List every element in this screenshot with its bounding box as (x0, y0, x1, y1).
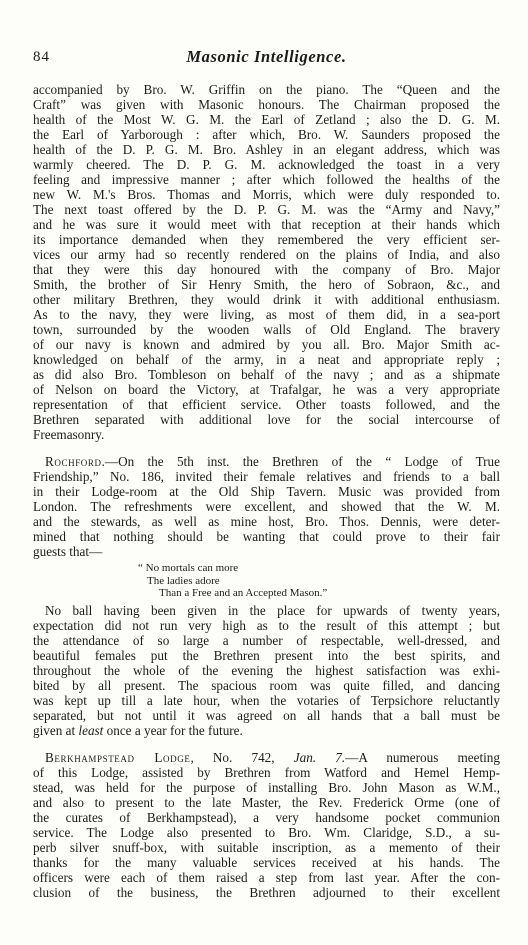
text-line: its importance demanded when they rememb… (33, 232, 500, 247)
page-header: 84 Masonic Intelligence. (33, 47, 500, 69)
text-line: service. The Lodge also presented to Bro… (33, 825, 500, 840)
text-line: new W. M.'s Bros. Thomas and Morris, whi… (33, 187, 500, 202)
text-line: was kept up till a late hour, when the v… (33, 693, 500, 708)
scanned-page: 84 Masonic Intelligence. accompanied by … (0, 0, 528, 945)
text-line: throughout the whole of the evening the … (33, 663, 500, 678)
text-line: Freemasonry. (33, 427, 500, 442)
text-line: of Nelson on board the Victory, at Trafa… (33, 382, 500, 397)
page-body: accompanied by Bro. W. Griffin on the pi… (33, 82, 500, 900)
text-line: “ No mortals can more (138, 562, 500, 575)
text-line: feeling and impressive manner ; after wh… (33, 172, 500, 187)
text-line: thanks for the many valuable services re… (33, 855, 500, 870)
text-line: Friendship,” No. 186, invited their fema… (33, 469, 500, 484)
text-line: the Earl of Yarborough : after which, Br… (33, 127, 500, 142)
text-line: Craft” was given with Masonic honours. T… (33, 97, 500, 112)
text-line: Smith, the brother of Sir Henry Smith, t… (33, 277, 500, 292)
text-line: and the stewards, as well as mine host, … (33, 514, 500, 529)
verse-block: “ No mortals can moreThe ladies adoreTha… (138, 562, 500, 600)
text-line: as did also Bro. Tombleson on behalf of … (33, 367, 500, 382)
text-line: warmly cheered. The D. P. G. M. acknowle… (33, 157, 500, 172)
text-line: No ball having been given in the place f… (33, 603, 500, 618)
paragraph: Berkhampstead Lodge, No. 742, Jan. 7.—A … (33, 750, 500, 900)
text-line: bited by all present. The spacious room … (33, 678, 500, 693)
text-line: The next toast offered by the D. P. G. M… (33, 202, 500, 217)
text-line: expectation did not run very high as to … (33, 618, 500, 633)
text-line: given at least once a year for the futur… (33, 723, 500, 738)
text-line: stead, was held for the purpose of insta… (33, 780, 500, 795)
text-line: perb silver snuff-box, with suitable ins… (33, 840, 500, 855)
text-line: officers were each of them raised a step… (33, 870, 500, 885)
text-line: health of the D. P. G. M. Bro. Ashley in… (33, 142, 500, 157)
text-line: of our navy is known and admired by you … (33, 337, 500, 352)
text-line: Brethren separated with additional love … (33, 412, 500, 427)
text-line: The ladies adore (147, 575, 500, 588)
text-line: mined that nothing should be wanting tha… (33, 529, 500, 544)
text-line: separated, but not until it was agreed o… (33, 708, 500, 723)
text-line: vices our army had so recently rendered … (33, 247, 500, 262)
text-line: and also to present to the late Master, … (33, 795, 500, 810)
text-line: Than a Free and an Accepted Mason.” (159, 587, 500, 600)
running-title: Masonic Intelligence. (33, 47, 500, 67)
text-line: knowledged on behalf of the army, in a n… (33, 352, 500, 367)
text-line: guests that— (33, 544, 500, 559)
text-line: town, surrounded by the wooden walls of … (33, 322, 500, 337)
text-line: Berkhampstead Lodge, No. 742, Jan. 7.—A … (33, 750, 500, 765)
text-line: London. The refreshments were excellent,… (33, 499, 500, 514)
text-line: As to the navy, they were living, as mos… (33, 307, 500, 322)
paragraph: No ball having been given in the place f… (33, 603, 500, 738)
text-line: clusion of the business, the Brethren ad… (33, 885, 500, 900)
text-line: of this Lodge, assisted by Brethren from… (33, 765, 500, 780)
text-line: accompanied by Bro. W. Griffin on the pi… (33, 82, 500, 97)
text-line: Rochford.—On the 5th inst. the Brethren … (33, 454, 500, 469)
paragraph: Rochford.—On the 5th inst. the Brethren … (33, 454, 500, 559)
text-line: health of the Most W. G. M. the Earl of … (33, 112, 500, 127)
text-line: that they were this day honoured with th… (33, 262, 500, 277)
text-line: other military Brethren, they would drin… (33, 292, 500, 307)
text-line: representation of that efficient service… (33, 397, 500, 412)
text-line: beautiful females put the Brethren prese… (33, 648, 500, 663)
text-line: the attendance of so large a number of r… (33, 633, 500, 648)
paragraph: accompanied by Bro. W. Griffin on the pi… (33, 82, 500, 442)
text-line: in their Lodge-room at the Old Ship Tave… (33, 484, 500, 499)
text-line: and he was sure it would meet with that … (33, 217, 500, 232)
text-line: the curates of Berkhampstead), a very ha… (33, 810, 500, 825)
